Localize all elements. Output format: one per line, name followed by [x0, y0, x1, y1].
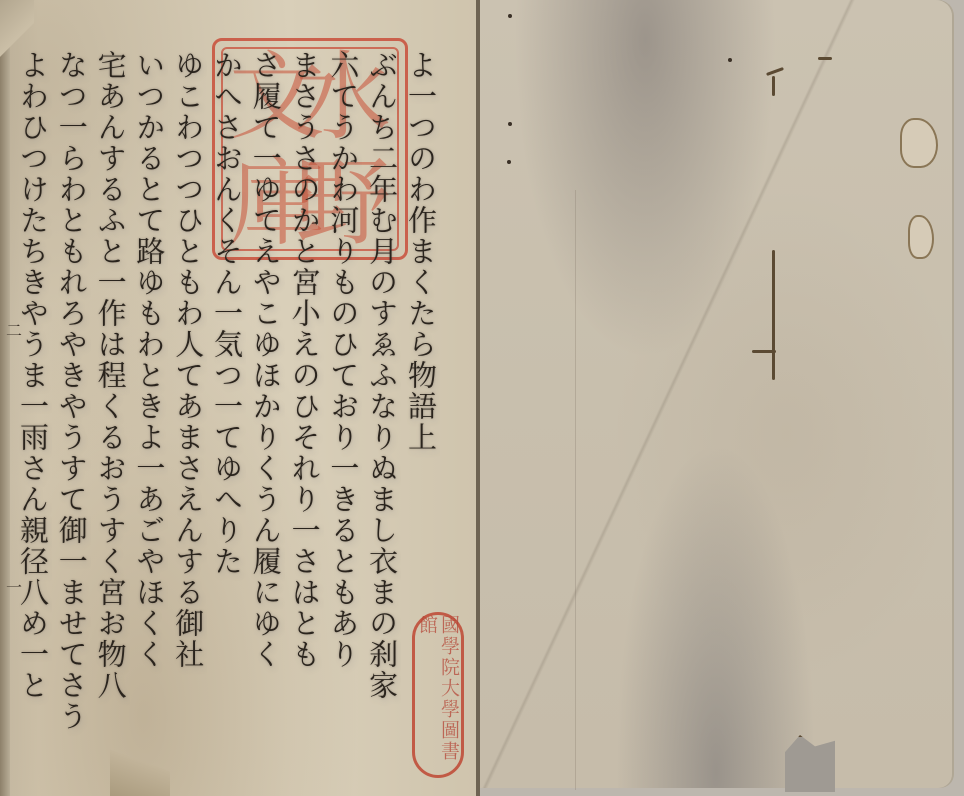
text-column: さ履て一ゆてえやこゆほかりくうん履にゆく — [247, 50, 285, 770]
oval-library-seal: 國學院大學圖書館 — [412, 612, 464, 778]
text-column: 六てうかわ河りものひており一きるともあり — [324, 50, 362, 770]
paper-tear — [908, 215, 934, 259]
text-column: いつかるとて路ゆもわときよ一あごやほくく — [130, 50, 168, 770]
worm-trail — [752, 350, 776, 353]
text-column: なつ一らわともれろやきやうすて御一ませてさう — [53, 50, 91, 770]
text-column: よわひつけたちきやうま一雨さん親径八め一と — [14, 50, 52, 770]
text-column: 宅あんするふと一作は程くるおうすく宮お物八 — [92, 50, 130, 770]
stain-dot — [508, 122, 512, 126]
margin-mark: 一 — [6, 575, 22, 598]
worm-trail — [818, 57, 832, 60]
text-column: かへさおんくそん一気つ一てゆへりた — [208, 50, 246, 770]
text-column: まさうさのかと宮小えのひそれり一さはとも — [286, 50, 324, 770]
oval-seal-text: 國學院大學圖書館 — [416, 615, 460, 775]
paper-tear — [900, 118, 938, 168]
book-spread: 水 文 野 庫 よ一つのわ作まくたら物語上 ぶんち二年む月のすゑふなりぬまし衣ま… — [0, 0, 964, 796]
stain-dot — [507, 160, 511, 164]
text-column: ゆこわつつひともわ人てあまさえんする御社 — [169, 50, 207, 770]
stain-dot — [728, 58, 732, 62]
text-block: よ一つのわ作まくたら物語上 ぶんち二年む月のすゑふなりぬまし衣まの刹家 六てうか… — [14, 50, 440, 770]
margin-mark: 二 — [6, 318, 22, 341]
diagonal-crease — [480, 0, 952, 788]
stain-dot — [508, 14, 512, 18]
binding-edge — [0, 0, 10, 796]
text-column: ぶんち二年む月のすゑふなりぬまし衣まの刹家 — [363, 50, 401, 770]
worm-trail — [772, 250, 775, 380]
right-page-blank — [480, 0, 952, 788]
worm-trail — [772, 76, 775, 96]
left-page: 水 文 野 庫 よ一つのわ作まくたら物語上 ぶんち二年む月のすゑふなりぬまし衣ま… — [0, 0, 480, 796]
